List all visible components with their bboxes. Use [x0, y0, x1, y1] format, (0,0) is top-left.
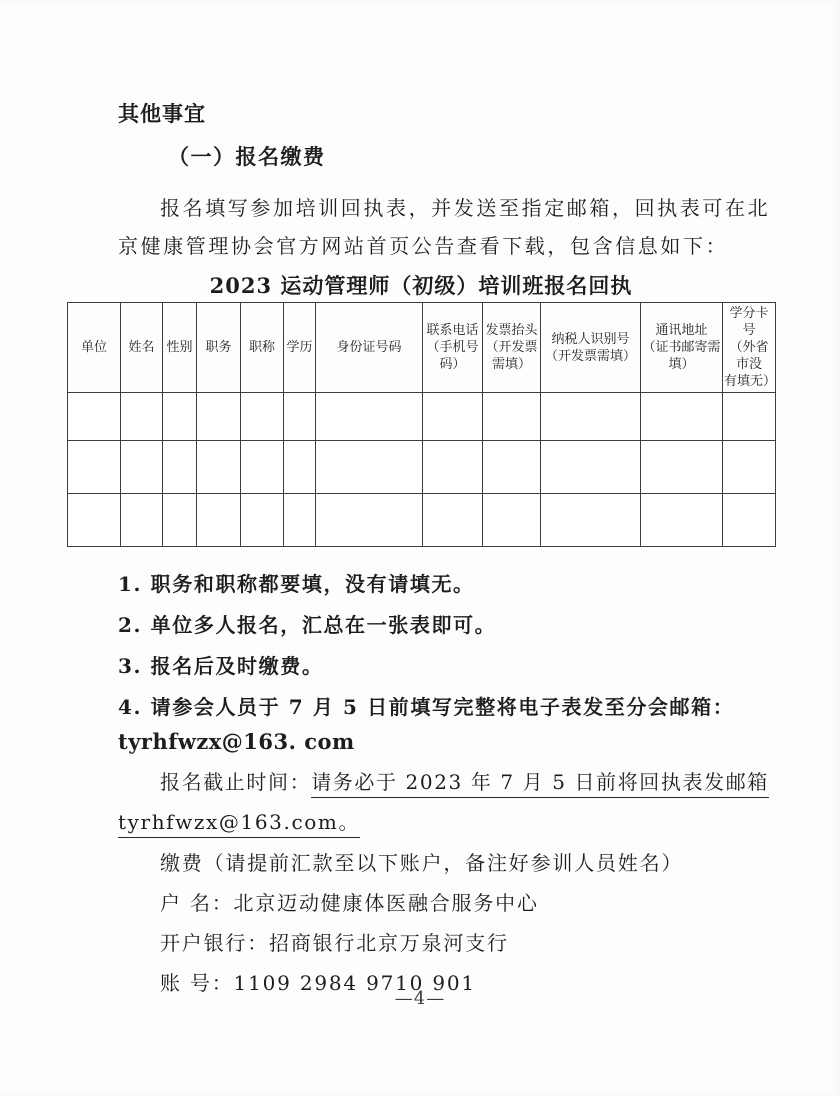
section-heading: 其他事宜	[118, 102, 780, 126]
table-column-header: 姓名	[121, 303, 163, 393]
payment-block: 缴费（请提前汇款至以下账户，备注好参训人员姓名） 户 名：北京迈动健康体医融合服…	[118, 843, 780, 1003]
table-empty-cell	[723, 494, 776, 547]
deadline-paragraph: 报名截止时间：请务必于 2023 年 7 月 5 日前将回执表发邮箱tyrhfw…	[118, 762, 780, 842]
table-empty-cell	[163, 441, 197, 494]
table-empty-cell	[284, 393, 316, 441]
table-empty-row	[68, 494, 776, 547]
table-empty-cell	[68, 393, 121, 441]
table-empty-cell	[541, 393, 641, 441]
intro-paragraph: 报名填写参加培训回执表，并发送至指定邮箱，回执表可在北 京健康管理协会官方网站首…	[118, 189, 780, 265]
registration-table-section: 2023 运动管理师（初级）培训班报名回执 单位姓名性别职务职称学历身份证号码联…	[67, 273, 775, 547]
table-empty-cell	[423, 441, 483, 494]
deadline-prefix: 报名截止时间：	[160, 770, 311, 794]
table-empty-cell	[241, 441, 284, 494]
table-empty-cell	[541, 441, 641, 494]
table-column-header: 职务	[197, 303, 241, 393]
table-empty-cell	[121, 393, 163, 441]
table-column-header: 性别	[163, 303, 197, 393]
table-empty-cell	[316, 494, 423, 547]
table-empty-cell	[723, 393, 776, 441]
account-name: 户 名：北京迈动健康体医融合服务中心	[160, 883, 780, 923]
table-empty-cell	[641, 441, 723, 494]
table-empty-cell	[68, 494, 121, 547]
payment-note: 缴费（请提前汇款至以下账户，备注好参训人员姓名）	[160, 843, 780, 883]
note-line-3: 3. 报名后及时缴费。	[118, 646, 780, 687]
table-empty-row	[68, 393, 776, 441]
subsection-heading: （一）报名缴费	[168, 145, 780, 169]
table-empty-row	[68, 441, 776, 494]
table-empty-cell	[316, 393, 423, 441]
document-page: 其他事宜 （一）报名缴费 报名填写参加培训回执表，并发送至指定邮箱，回执表可在北…	[0, 0, 840, 1096]
table-empty-cell	[483, 441, 541, 494]
table-column-header: 学分卡号 （外省市没 有填无）	[723, 303, 776, 393]
table-empty-cell	[483, 494, 541, 547]
table-column-header: 学历	[284, 303, 316, 393]
table-column-header: 身份证号码	[316, 303, 423, 393]
table-empty-cell	[483, 393, 541, 441]
table-empty-cell	[68, 441, 121, 494]
table-empty-cell	[121, 494, 163, 547]
table-column-header: 通讯地址 （证书邮寄需 填）	[641, 303, 723, 393]
table-header-row: 单位姓名性别职务职称学历身份证号码联系电话 （手机号 码）发票抬头 （开发票 需…	[68, 303, 776, 393]
table-empty-cell	[121, 441, 163, 494]
note-line-2: 2. 单位多人报名，汇总在一张表即可。	[118, 605, 780, 646]
bank-name: 开户银行：招商银行北京万泉河支行	[160, 923, 780, 963]
registration-table: 单位姓名性别职务职称学历身份证号码联系电话 （手机号 码）发票抬头 （开发票 需…	[67, 302, 776, 547]
notes-list: 1. 职务和职称都要填，没有请填无。 2. 单位多人报名，汇总在一张表即可。 3…	[118, 564, 780, 728]
table-empty-cell	[163, 393, 197, 441]
deadline-underlined-text: 请务必于 2023 年 7 月 5 日前将回执表发邮箱	[311, 770, 769, 798]
note-line-1: 1. 职务和职称都要填，没有请填无。	[118, 564, 780, 605]
table-empty-cell	[641, 494, 723, 547]
table-empty-cell	[316, 441, 423, 494]
branch-email: tyrhfwzx@163. com	[118, 722, 780, 762]
table-title: 2023 运动管理师（初级）培训班报名回执	[67, 273, 775, 299]
table-empty-cell	[241, 393, 284, 441]
table-column-header: 单位	[68, 303, 121, 393]
table-empty-cell	[641, 393, 723, 441]
table-column-header: 纳税人识别号 （开发票需填）	[541, 303, 641, 393]
table-empty-cell	[197, 494, 241, 547]
deadline-email: tyrhfwzx@163.com。	[118, 810, 360, 838]
table-empty-cell	[163, 494, 197, 547]
table-column-header: 职称	[241, 303, 284, 393]
table-empty-cell	[423, 494, 483, 547]
table-empty-cell	[284, 441, 316, 494]
table-empty-cell	[723, 441, 776, 494]
table-column-header: 联系电话 （手机号 码）	[423, 303, 483, 393]
table-empty-cell	[197, 393, 241, 441]
table-empty-cell	[241, 494, 284, 547]
table-column-header: 发票抬头 （开发票 需填）	[483, 303, 541, 393]
table-empty-cell	[541, 494, 641, 547]
table-empty-cell	[284, 494, 316, 547]
table-empty-cell	[197, 441, 241, 494]
page-number: —4—	[0, 988, 840, 1009]
table-empty-cell	[423, 393, 483, 441]
